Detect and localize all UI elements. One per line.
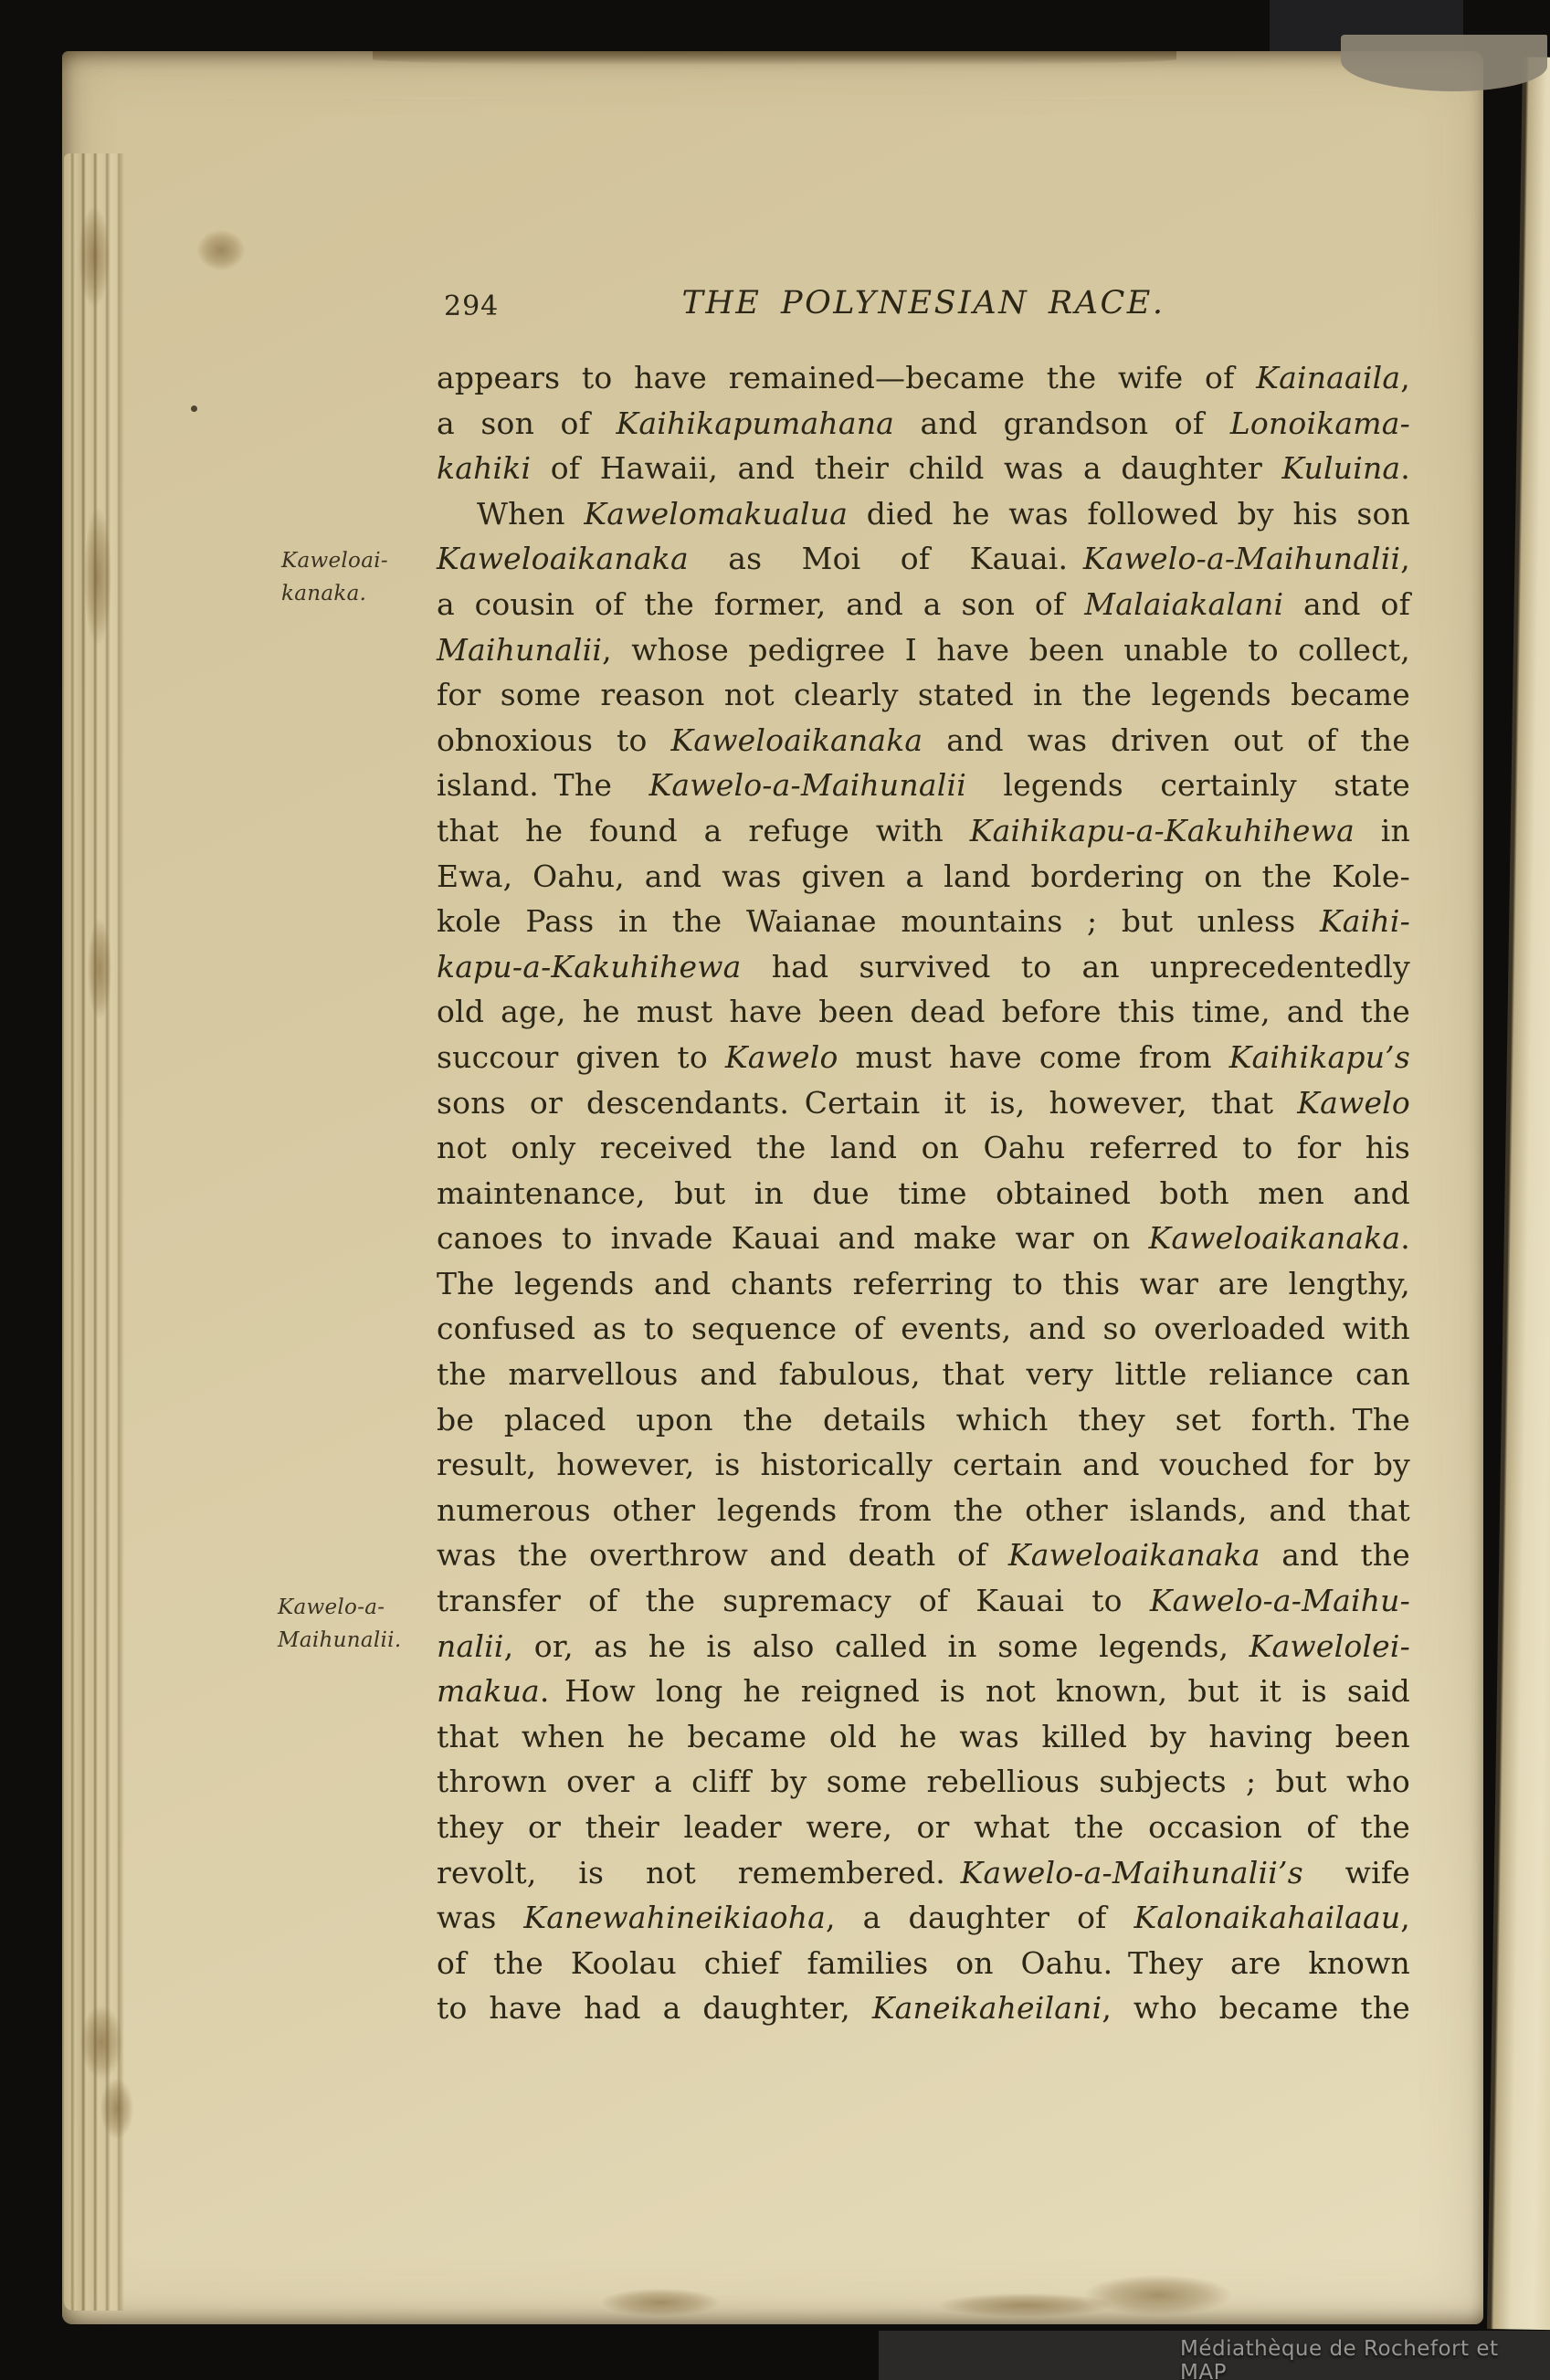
body-line: of the Koolau chief families on Oahu. Th…	[437, 1941, 1410, 1986]
body-line: nalii, or, as he is also called in some …	[437, 1624, 1410, 1669]
body-line: Kaweloaikanaka as Moi of Kauai. Kawelo-a…	[437, 536, 1410, 582]
body-line: kole Pass in the Waianae mountains ; but…	[437, 899, 1410, 944]
body-line: a son of Kaihikapumahana and grandson of…	[437, 401, 1410, 447]
margin-note-kaweloaikanaka: Kaweloai-kanaka.	[281, 544, 450, 610]
body-line: canoes to invade Kauai and make war on K…	[437, 1216, 1410, 1261]
body-line: numerous other legends from the other is…	[437, 1488, 1410, 1533]
body-line: that when he became old he was killed by…	[437, 1714, 1410, 1760]
page-header: 294 THE POLYNESIAN RACE.	[437, 285, 1410, 325]
body-line: was the overthrow and death of Kaweloaik…	[437, 1532, 1410, 1578]
body-line: was Kanewahineikiaoha, a daughter of Kal…	[437, 1895, 1410, 1941]
body-line: result, however, is historically certain…	[437, 1442, 1410, 1488]
running-header: THE POLYNESIAN RACE.	[437, 285, 1410, 321]
margin-note-line: kanaka.	[281, 577, 450, 610]
body-line: kahiki of Hawaii, and their child was a …	[437, 446, 1410, 491]
body-line: The legends and chants referring to this…	[437, 1261, 1410, 1307]
body-line: not only received the land on Oahu refer…	[437, 1125, 1410, 1171]
margin-note-line: Kawelo-a-	[278, 1591, 447, 1624]
body-line: obnoxious to Kaweloaikanaka and was driv…	[437, 718, 1410, 763]
body-line: revolt, is not remembered. Kawelo-a-Maih…	[437, 1850, 1410, 1896]
body-line: for some reason not clearly stated in th…	[437, 672, 1410, 718]
body-line: a cousin of the former, and a son of Mal…	[437, 582, 1410, 627]
margin-note-line: Kaweloai-	[281, 544, 450, 577]
body-line: old age, he must have been dead before t…	[437, 989, 1410, 1035]
body-line: confused as to sequence of events, and s…	[437, 1306, 1410, 1352]
body-line: that he found a refuge with Kaihikapu-a-…	[437, 808, 1410, 854]
body-line: maintenance, but in due time obtained bo…	[437, 1171, 1410, 1216]
body-line: Ewa, Oahu, and was given a land borderin…	[437, 854, 1410, 900]
scanned-book-photo: 294 THE POLYNESIAN RACE. Kaweloai-kanaka…	[0, 0, 1550, 2380]
body-line: sons or descendants. Certain it is, howe…	[437, 1080, 1410, 1126]
printed-content: 294 THE POLYNESIAN RACE. Kaweloai-kanaka…	[62, 51, 1483, 2324]
body-line: appears to have remained—became the wife…	[437, 355, 1410, 401]
body-line: makua. How long he reigned is not known,…	[437, 1669, 1410, 1714]
book-page: 294 THE POLYNESIAN RACE. Kaweloai-kanaka…	[62, 51, 1483, 2324]
body-line: island. The Kawelo-a-Maihunalii legends …	[437, 763, 1410, 808]
body-line: kapu-a-Kakuhihewa had survived to an unp…	[437, 944, 1410, 990]
margin-note-line: Maihunalii.	[278, 1624, 447, 1657]
body-line: When Kawelomakualua died he was followed…	[437, 491, 1410, 537]
body-line: to have had a daughter, Kaneikaheilani, …	[437, 1985, 1410, 2031]
body-line: Maihunalii, whose pedigree I have been u…	[437, 627, 1410, 673]
body-line: the marvellous and fabulous, that very l…	[437, 1352, 1410, 1397]
body-line: succour given to Kawelo must have come f…	[437, 1035, 1410, 1080]
body-line: thrown over a cliff by some rebellious s…	[437, 1759, 1410, 1805]
body-text: appears to have remained—became the wife…	[437, 355, 1410, 2031]
adjacent-page-sliver	[1487, 57, 1550, 2330]
body-line: be placed upon the details which they se…	[437, 1397, 1410, 1443]
body-line: they or their leader were, or what the o…	[437, 1805, 1410, 1850]
body-line: transfer of the supremacy of Kauai to Ka…	[437, 1578, 1410, 1624]
watermark: Médiathèque de Rochefort et MAP	[1180, 2337, 1545, 2380]
margin-note-kawelo-a-maihunalii: Kawelo-a-Maihunalii.	[278, 1591, 447, 1657]
page-number: 294	[444, 290, 499, 322]
